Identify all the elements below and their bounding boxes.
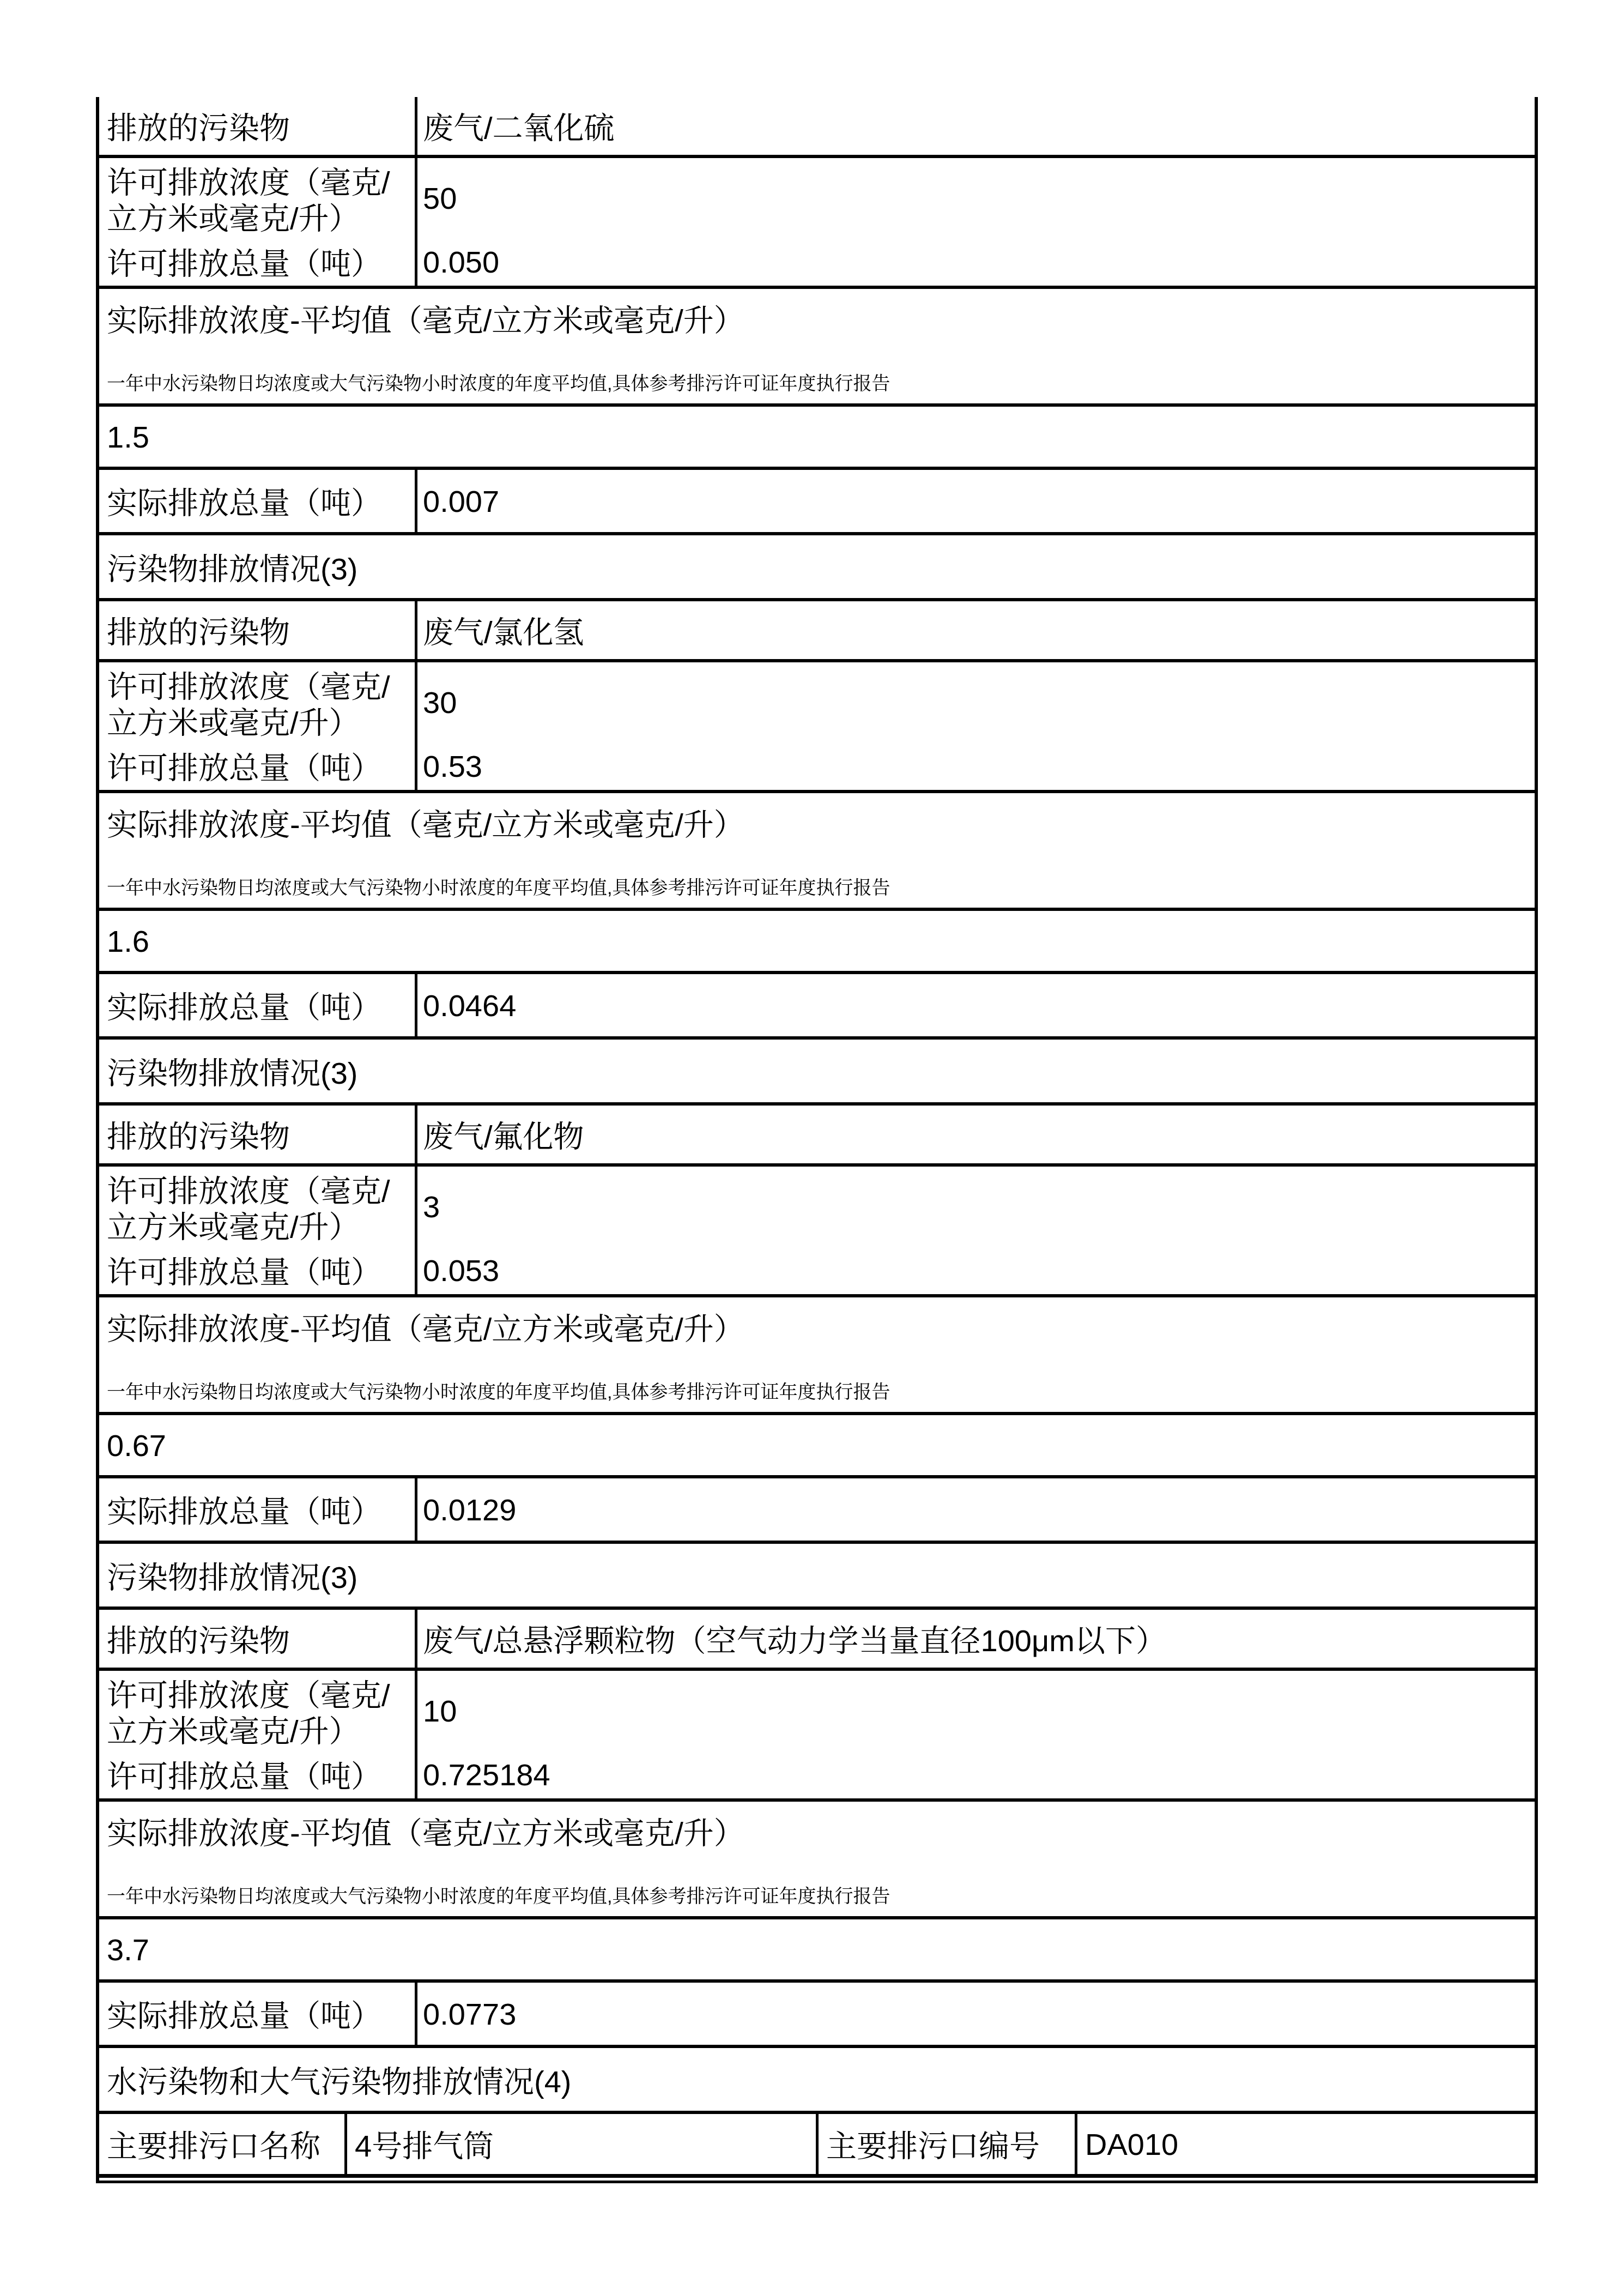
actual-total-label: 实际排放总量（吨） [99,1983,417,2045]
actual-total-label: 实际排放总量（吨） [99,1478,417,1541]
actual-concentration-header: 实际排放浓度-平均值（毫克/立方米或毫克/升） [107,1305,1518,1349]
permit-block-row: 许可排放浓度（毫克/立方米或毫克/升） 50 许可排放总量（吨） 0.050 [99,158,1535,289]
actual-total-value: 0.0464 [417,974,1535,1036]
actual-concentration-note: 一年中水污染物日均浓度或大气污染物小时浓度的年度平均值,具体参考排污许可证年度执… [107,873,1518,899]
actual-concentration-value: 3.7 [107,1932,149,1967]
actual-total-row: 实际排放总量（吨） 0.007 [99,470,1535,535]
permit-concentration-label: 许可排放浓度（毫克/立方米或毫克/升） [99,662,417,742]
actual-concentration-header-row: 实际排放浓度-平均值（毫克/立方米或毫克/升） 一年中水污染物日均浓度或大气污染… [99,289,1535,407]
section-header-row: 污染物排放情况(3) [99,1544,1535,1610]
outlet-row: 主要排污口名称 4号排气筒 主要排污口编号 DA010 [99,2114,1535,2178]
section-header: 污染物排放情况(3) [107,1049,357,1093]
page: 排放的污染物 废气/二氧化硫 许可排放浓度（毫克/立方米或毫克/升） 50 许可… [0,0,1624,2295]
actual-total-label: 实际排放总量（吨） [99,470,417,532]
pollutant-emission-table: 排放的污染物 废气/二氧化硫 许可排放浓度（毫克/立方米或毫克/升） 50 许可… [96,97,1538,2183]
actual-total-value: 0.0773 [417,1983,1535,2045]
permit-total-label: 许可排放总量（吨） [99,1246,417,1294]
pollutant-type-value: 废气/氟化物 [417,1106,1535,1163]
actual-concentration-header-row: 实际排放浓度-平均值（毫克/立方米或毫克/升） 一年中水污染物日均浓度或大气污染… [99,793,1535,911]
actual-concentration-note: 一年中水污染物日均浓度或大气污染物小时浓度的年度平均值,具体参考排污许可证年度执… [107,369,1518,395]
section-header-row: 水污染物和大气污染物排放情况(4) [99,2048,1535,2114]
actual-concentration-value-row: 1.6 [99,911,1535,974]
permit-concentration-label: 许可排放浓度（毫克/立方米或毫克/升） [99,1671,417,1750]
permit-total-value: 0.053 [417,1246,1535,1294]
permit-total-value: 0.53 [417,742,1535,790]
permit-total-label: 许可排放总量（吨） [99,238,417,286]
pollutant-type-label: 排放的污染物 [99,601,417,659]
outlet-code-label: 主要排污口编号 [819,2114,1077,2174]
pollutant-sections: 排放的污染物 废气/二氧化硫 许可排放浓度（毫克/立方米或毫克/升） 50 许可… [99,97,1535,2114]
outlet-name-value: 4号排气筒 [347,2114,819,2174]
actual-concentration-header: 实际排放浓度-平均值（毫克/立方米或毫克/升） [107,801,1518,844]
permit-block-row: 许可排放浓度（毫克/立方米或毫克/升） 10 许可排放总量（吨） 0.72518… [99,1671,1535,1802]
pollutant-type-label: 排放的污染物 [99,1610,417,1668]
actual-total-row: 实际排放总量（吨） 0.0464 [99,974,1535,1040]
section-header: 污染物排放情况(3) [107,545,357,589]
outlet-code-value: DA010 [1077,2114,1535,2174]
permit-concentration-label: 许可排放浓度（毫克/立方米或毫克/升） [99,158,417,238]
permit-concentration-value: 10 [417,1671,1535,1750]
permit-total-value: 0.725184 [417,1750,1535,1798]
actual-concentration-value-row: 0.67 [99,1415,1535,1478]
actual-concentration-header: 实际排放浓度-平均值（毫克/立方米或毫克/升） [107,1809,1518,1853]
actual-concentration-value-row: 3.7 [99,1919,1535,1983]
permit-total-label: 许可排放总量（吨） [99,742,417,790]
actual-concentration-note: 一年中水污染物日均浓度或大气污染物小时浓度的年度平均值,具体参考排污许可证年度执… [107,1377,1518,1404]
pollutant-type-value: 废气/氯化氢 [417,601,1535,659]
section-header-row: 污染物排放情况(3) [99,535,1535,601]
section-header: 水污染物和大气污染物排放情况(4) [107,2058,571,2101]
pollutant-row: 排放的污染物 废气/二氧化硫 [99,97,1535,158]
pollutant-row: 排放的污染物 废气/氟化物 [99,1106,1535,1167]
pollutant-row: 排放的污染物 废气/氯化氢 [99,601,1535,662]
pollutant-type-label: 排放的污染物 [99,97,417,155]
permit-block-row: 许可排放浓度（毫克/立方米或毫克/升） 3 许可排放总量（吨） 0.053 [99,1167,1535,1297]
actual-total-label: 实际排放总量（吨） [99,974,417,1036]
actual-concentration-header-row: 实际排放浓度-平均值（毫克/立方米或毫克/升） 一年中水污染物日均浓度或大气污染… [99,1802,1535,1919]
permit-total-label: 许可排放总量（吨） [99,1750,417,1798]
actual-total-row: 实际排放总量（吨） 0.0129 [99,1478,1535,1544]
permit-concentration-label: 许可排放浓度（毫克/立方米或毫克/升） [99,1167,417,1246]
pollutant-type-value: 废气/总悬浮颗粒物（空气动力学当量直径100μm以下） [417,1610,1535,1668]
section-header-row: 污染物排放情况(3) [99,1040,1535,1106]
permit-total-value: 0.050 [417,238,1535,286]
permit-block-row: 许可排放浓度（毫克/立方米或毫克/升） 30 许可排放总量（吨） 0.53 [99,662,1535,793]
permit-concentration-value: 30 [417,662,1535,742]
permit-concentration-value: 50 [417,158,1535,238]
actual-total-value: 0.007 [417,470,1535,532]
actual-concentration-value: 1.5 [107,419,149,455]
actual-concentration-header-row: 实际排放浓度-平均值（毫克/立方米或毫克/升） 一年中水污染物日均浓度或大气污染… [99,1297,1535,1415]
actual-concentration-header: 实际排放浓度-平均值（毫克/立方米或毫克/升） [107,297,1518,340]
outlet-name-label: 主要排污口名称 [99,2114,347,2174]
actual-total-value: 0.0129 [417,1478,1535,1541]
pollutant-type-value: 废气/二氧化硫 [417,97,1535,155]
actual-concentration-value-row: 1.5 [99,407,1535,470]
section-header: 污染物排放情况(3) [107,1554,357,1597]
actual-concentration-value: 1.6 [107,923,149,959]
pollutant-row: 排放的污染物 废气/总悬浮颗粒物（空气动力学当量直径100μm以下） [99,1610,1535,1671]
actual-total-row: 实际排放总量（吨） 0.0773 [99,1983,1535,2048]
actual-concentration-note: 一年中水污染物日均浓度或大气污染物小时浓度的年度平均值,具体参考排污许可证年度执… [107,1881,1518,1908]
permit-concentration-value: 3 [417,1167,1535,1246]
actual-concentration-value: 0.67 [107,1428,166,1463]
pollutant-type-label: 排放的污染物 [99,1106,417,1163]
